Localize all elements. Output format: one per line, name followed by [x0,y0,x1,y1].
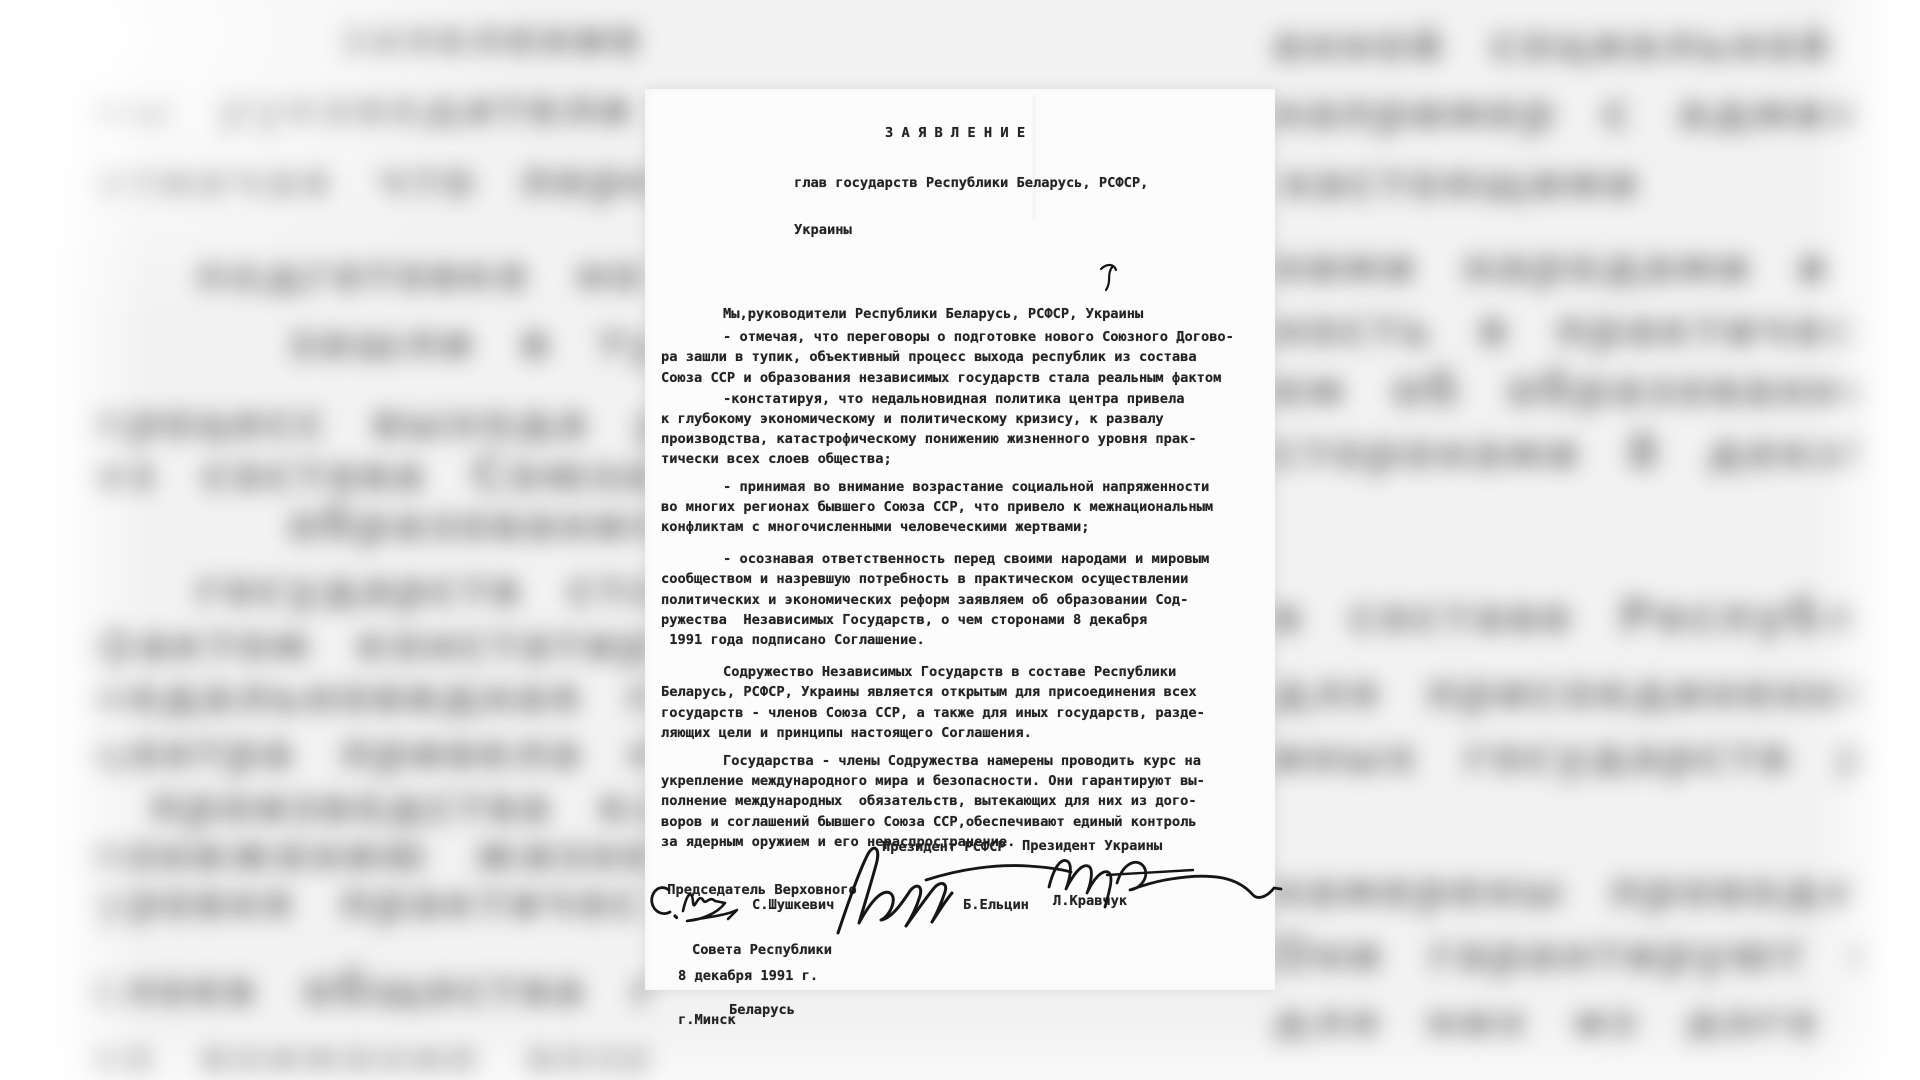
signatory-name-shushkevich: С.Шушкевич [752,895,834,915]
paragraph: - осознавая ответственность перед своими… [661,549,1275,650]
paragraph: Мы,руководители Республики Беларусь, РСФ… [661,304,1275,324]
blurred-text-row: ем об образовании Сод [1272,365,1864,413]
scan-crease-line [1033,95,1035,221]
blurred-text-row: ними народами и мировым [1272,242,1864,290]
date-place-block: 8 декабря 1991 г. г.Минск [678,940,818,1056]
date-line: 8 декабря 1991 г. [678,969,818,984]
document-title: З А Я В Л Е Н И Е [885,125,1275,141]
paragraph: -констатируя, что недальновидная политик… [661,389,1275,470]
blurred-text-row: ность в практическом осущест [1272,305,1864,353]
blurred-text-row: государств стало реальным [196,565,648,613]
blurred-text-row: производства катастрофич [150,782,648,830]
document-subtitle-line-2: Украины [794,223,1275,239]
paragraph: Содружество Независимых Государств в сос… [661,662,1275,743]
blurred-text-row: намерены проводить курс [1272,866,1864,914]
handwritten-correction-mark [1095,259,1125,293]
blurred-text-row: образования независимых [288,500,648,548]
background-right-column: анной социальной направленностинапример … [1272,0,1864,1080]
document-body: Мы,руководители Республики Беларусь, РСФ… [661,304,1275,852]
blurred-text-row: заявление глав [340,14,648,62]
blurred-text-row: иных государств разде [1272,732,1864,780]
blurred-text-row: уровня практически всех [92,878,648,926]
blurred-text-row: подготовке нового Союзного [195,250,648,298]
blurred-text-row: сторонами 8 декабря [1272,428,1864,476]
blurred-text-row: процесс выхода республик [90,398,648,446]
blurred-text-row: мы руководители республик [88,84,648,132]
signature-kravchuk [1041,845,1283,911]
paragraph: - принимая во внимание возрастание социа… [661,477,1275,538]
scanned-document: З А Я В Л Е Н И Е глав государств Респуб… [645,89,1275,990]
blurred-text-row: в составе Республики [1272,592,1864,640]
blurred-text-row: отмечая что переговоры [92,156,648,204]
blurred-text-row: зашли в тупик объективный [288,318,648,366]
page-background: заявление главмы руководители республико… [0,0,1920,1080]
blurred-text-row: понижению жизненного [88,830,648,878]
blurred-text-row: слоев общества принимая [90,965,648,1013]
blurred-text-row: для присоединения всех [1272,668,1864,716]
blurred-text-row: например с административными [1272,88,1864,136]
signature-shushkevich [645,875,763,933]
blurred-text-row: во внимание возрастание [88,1035,648,1080]
place-line: г.Минск [678,1013,818,1028]
blurred-text-row: Они гарантируют вы [1272,930,1864,978]
blurred-text-row: настоящими [1280,158,1641,206]
paragraph: - отмечая, что переговоры о подготовке н… [661,327,1275,388]
blurred-text-row: центра привела к развалу [90,728,648,776]
document-page: З А Я В Л Е Н И Е глав государств Респуб… [645,89,1275,990]
background-left-column: заявление главмы руководители республико… [0,0,648,1080]
blurred-text-row: из состава Союза ССР [92,450,648,498]
blurred-text-row: анной социальной направленности [1272,20,1864,68]
blurred-text-row: для них из дого [1272,998,1820,1046]
blurred-text-row: фактом констатируя что [90,620,648,668]
signature-yeltsin [828,841,1076,939]
blurred-text-row: недальновидная политика [92,672,648,720]
